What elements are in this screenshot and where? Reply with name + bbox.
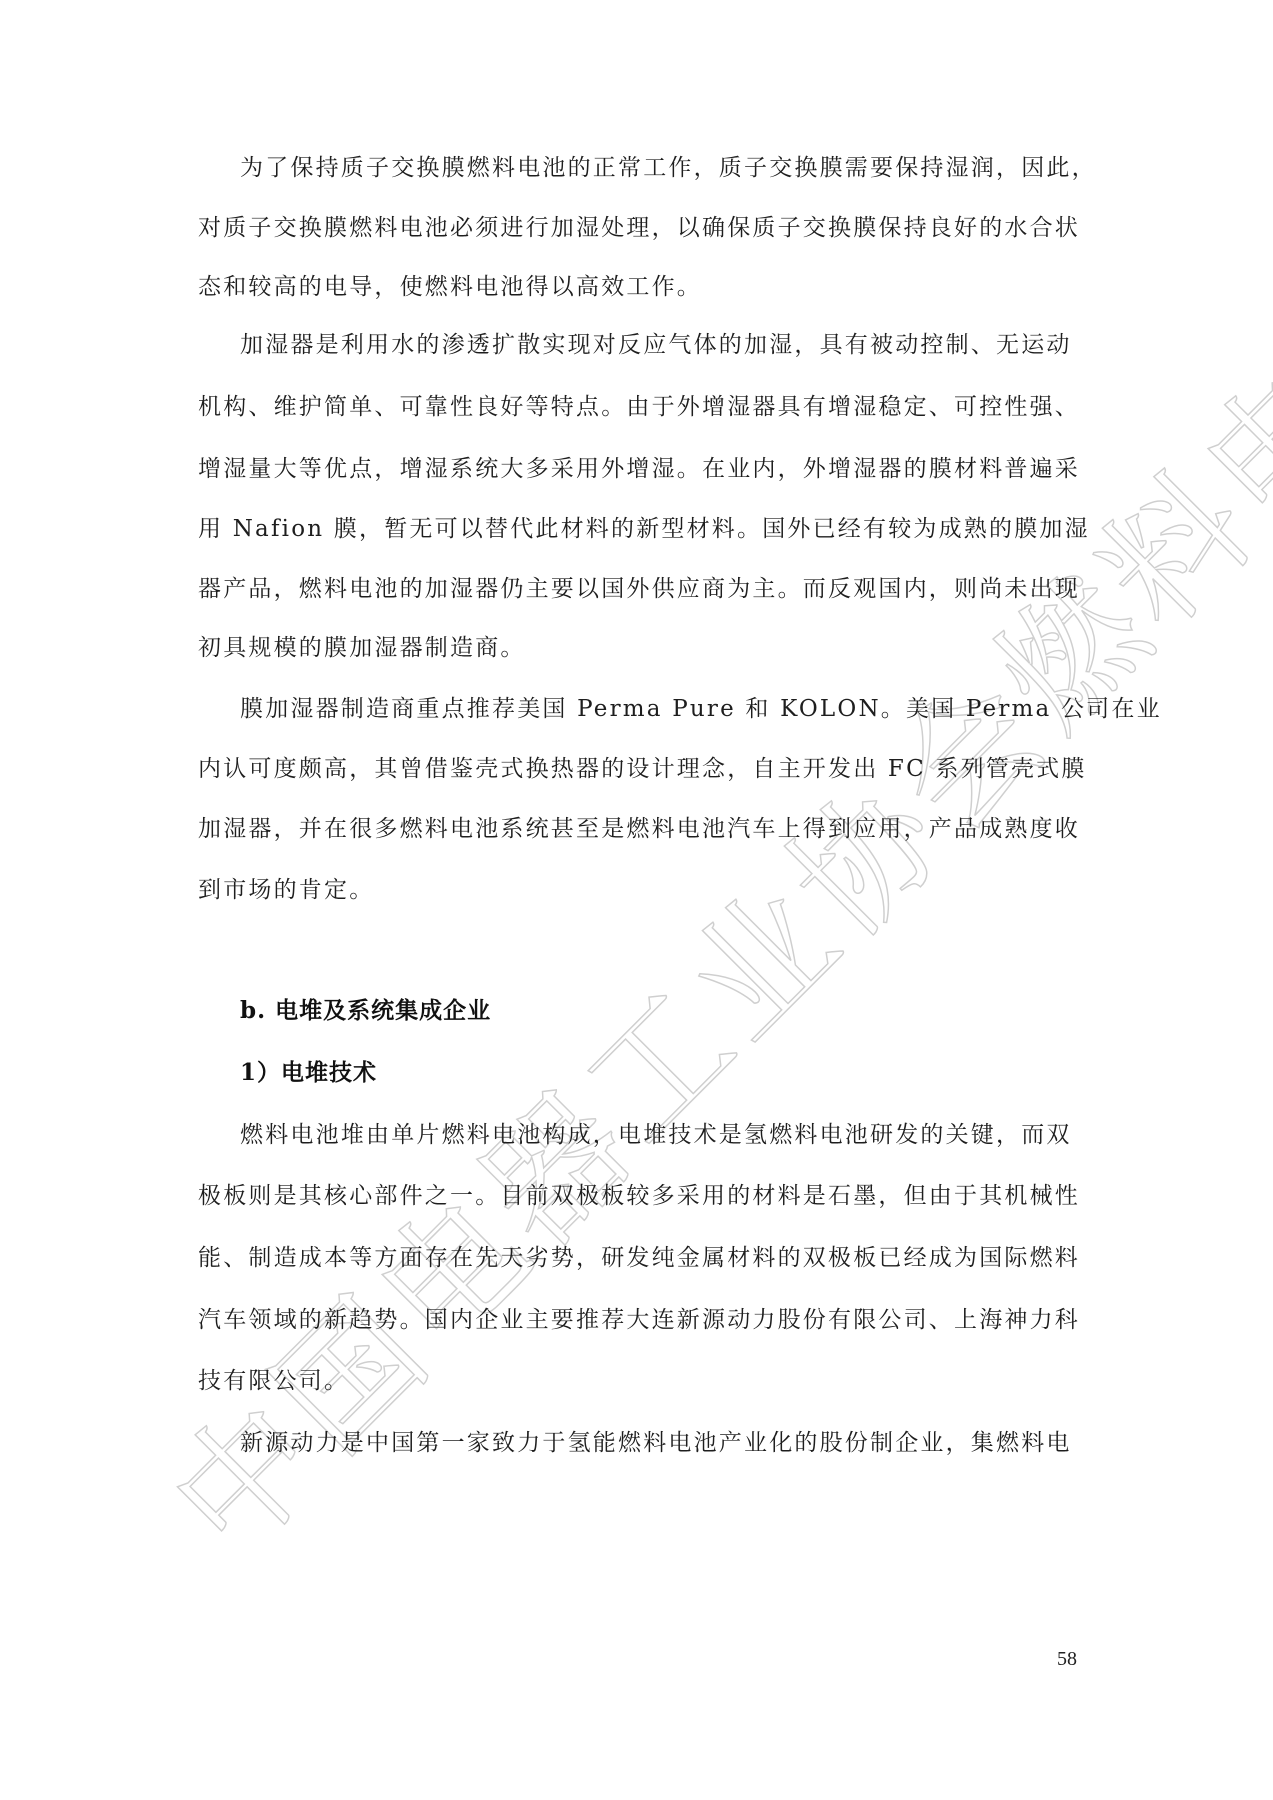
- subsection-heading: 1）电堆技术: [240, 1058, 1120, 1088]
- text-line: 技有限公司。: [198, 1366, 1078, 1396]
- text-line: 到市场的肯定。: [198, 875, 1078, 905]
- text-line: 极板则是其核心部件之一。目前双极板较多采用的材料是石墨，但由于其机械性: [198, 1181, 1078, 1211]
- text-line: 器产品，燃料电池的加湿器仍主要以国外供应商为主。而反观国内，则尚未出现: [198, 574, 1078, 604]
- text-line: 汽车领域的新趋势。国内企业主要推荐大连新源动力股份有限公司、上海神力科: [198, 1305, 1078, 1335]
- text-line: 态和较高的电导，使燃料电池得以高效工作。: [198, 272, 1078, 302]
- text-line: 新源动力是中国第一家致力于氢能燃料电池产业化的股份制企业，集燃料电: [240, 1428, 1120, 1458]
- text-line: 机构、维护简单、可靠性良好等特点。由于外增湿器具有增湿稳定、可控性强、: [198, 392, 1078, 422]
- text-line: 燃料电池堆由单片燃料电池构成，电堆技术是氢燃料电池研发的关键，而双: [240, 1120, 1120, 1150]
- text-line: 膜加湿器制造商重点推荐美国 Perma Pure 和 KOLON。美国 Perm…: [240, 694, 1120, 724]
- text-line: 对质子交换膜燃料电池必须进行加湿处理，以确保质子交换膜保持良好的水合状: [198, 213, 1078, 243]
- section-heading: b. 电堆及系统集成企业: [240, 996, 1120, 1026]
- text-line: 加湿器是利用水的渗透扩散实现对反应气体的加湿，具有被动控制、无运动: [240, 330, 1120, 360]
- text-line: 初具规模的膜加湿器制造商。: [198, 633, 1078, 663]
- text-line: 加湿器，并在很多燃料电池系统甚至是燃料电池汽车上得到应用，产品成熟度收: [198, 814, 1078, 844]
- document-page: 中国电器工业协会燃料电池分会 为了保持质子交换膜燃料电池的正常工作，质子交换膜需…: [0, 0, 1273, 1800]
- page-number: 58: [1057, 1648, 1077, 1671]
- text-line: 能、制造成本等方面存在先天劣势，研发纯金属材料的双极板已经成为国际燃料: [198, 1243, 1078, 1273]
- text-line: 增湿量大等优点，增湿系统大多采用外增湿。在业内，外增湿器的膜材料普遍采: [198, 454, 1078, 484]
- text-line: 内认可度颇高，其曾借鉴壳式换热器的设计理念，自主开发出 FC 系列管壳式膜: [198, 754, 1078, 784]
- text-line: 为了保持质子交换膜燃料电池的正常工作，质子交换膜需要保持湿润，因此，: [240, 153, 1120, 183]
- text-line: 用 Nafion 膜，暂无可以替代此材料的新型材料。国外已经有较为成熟的膜加湿: [198, 514, 1078, 544]
